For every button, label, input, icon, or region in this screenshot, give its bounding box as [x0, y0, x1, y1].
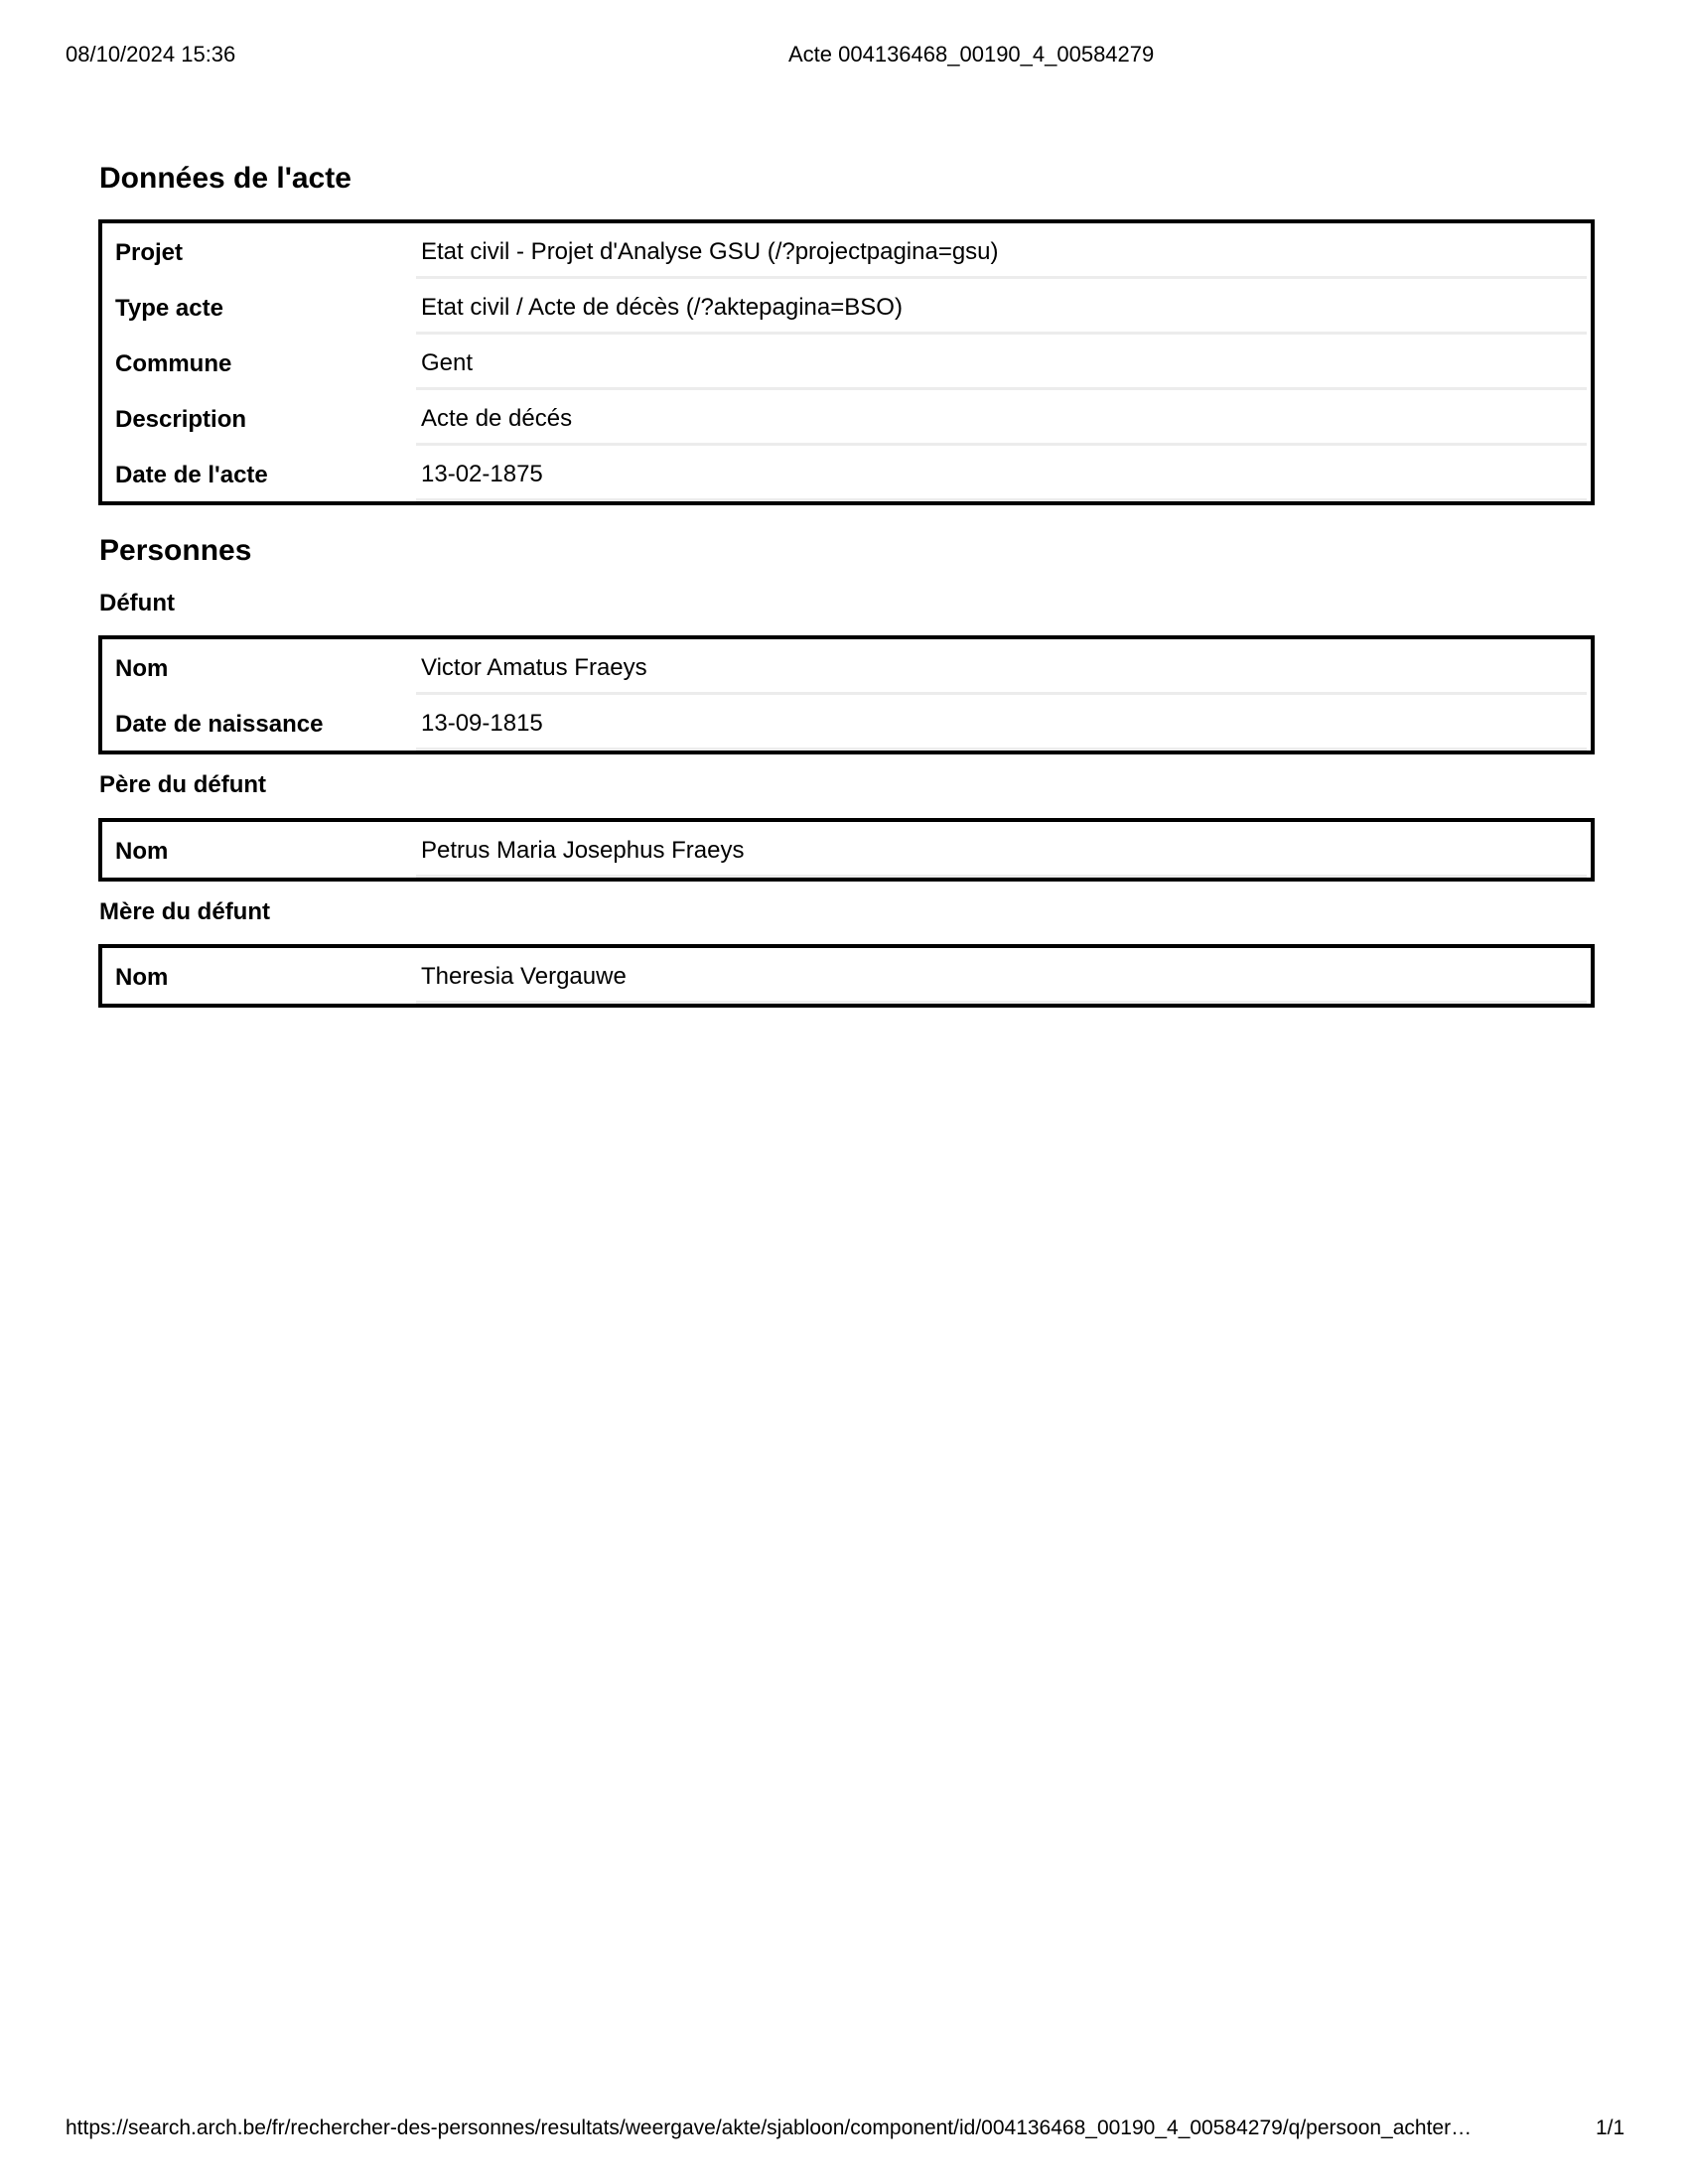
table-row: Date de naissance 13-09-1815	[102, 695, 1591, 751]
table-row: Description Acte de décés	[102, 390, 1591, 446]
field-value-nom-mere: Theresia Vergauwe	[421, 963, 627, 991]
field-label-date-acte: Date de l'acte	[115, 462, 268, 489]
field-value-projet: Etat civil - Projet d'Analyse GSU (/?pro…	[421, 238, 999, 266]
field-value-date-naissance: 13-09-1815	[421, 710, 543, 738]
print-footer-page-number: 1/1	[1596, 2116, 1624, 2140]
table-row: Projet Etat civil - Projet d'Analyse GSU…	[102, 223, 1591, 279]
print-header-datetime: 08/10/2024 15:36	[66, 42, 235, 68]
acte-table: Projet Etat civil - Projet d'Analyse GSU…	[98, 219, 1595, 505]
field-label-type-acte: Type acte	[115, 295, 223, 323]
field-value-nom-defunt: Victor Amatus Fraeys	[421, 654, 647, 682]
table-row: Nom Theresia Vergauwe	[102, 948, 1591, 1004]
table-row: Date de l'acte 13-02-1875	[102, 446, 1591, 501]
print-header-title: Acte 004136468_00190_4_00584279	[788, 42, 1154, 68]
field-label-nom: Nom	[115, 655, 168, 683]
field-label-description: Description	[115, 406, 246, 434]
field-value-date-acte: 13-02-1875	[421, 461, 543, 488]
defunt-table: Nom Victor Amatus Fraeys Date de naissan…	[98, 635, 1595, 754]
field-label-nom: Nom	[115, 838, 168, 866]
pere-table: Nom Petrus Maria Josephus Fraeys	[98, 818, 1595, 882]
table-row: Type acte Etat civil / Acte de décès (/?…	[102, 279, 1591, 335]
field-label-date-naissance: Date de naissance	[115, 711, 323, 739]
field-label-commune: Commune	[115, 350, 231, 378]
field-value-commune: Gent	[421, 349, 473, 377]
subsection-title-pere: Père du défunt	[99, 771, 266, 799]
section-title-personnes: Personnes	[99, 534, 251, 568]
table-row: Commune Gent	[102, 335, 1591, 390]
section-title-acte: Données de l'acte	[99, 162, 352, 196]
field-value-type-acte: Etat civil / Acte de décès (/?aktepagina…	[421, 294, 903, 322]
table-row: Nom Victor Amatus Fraeys	[102, 639, 1591, 695]
field-label-nom: Nom	[115, 964, 168, 992]
subsection-title-mere: Mère du défunt	[99, 898, 270, 926]
field-value-nom-pere: Petrus Maria Josephus Fraeys	[421, 837, 744, 865]
subsection-title-defunt: Défunt	[99, 590, 175, 617]
print-footer-url: https://search.arch.be/fr/rechercher-des…	[66, 2116, 1472, 2140]
field-value-description: Acte de décés	[421, 405, 572, 433]
table-row: Nom Petrus Maria Josephus Fraeys	[102, 822, 1591, 878]
mere-table: Nom Theresia Vergauwe	[98, 944, 1595, 1008]
field-label-projet: Projet	[115, 239, 183, 267]
